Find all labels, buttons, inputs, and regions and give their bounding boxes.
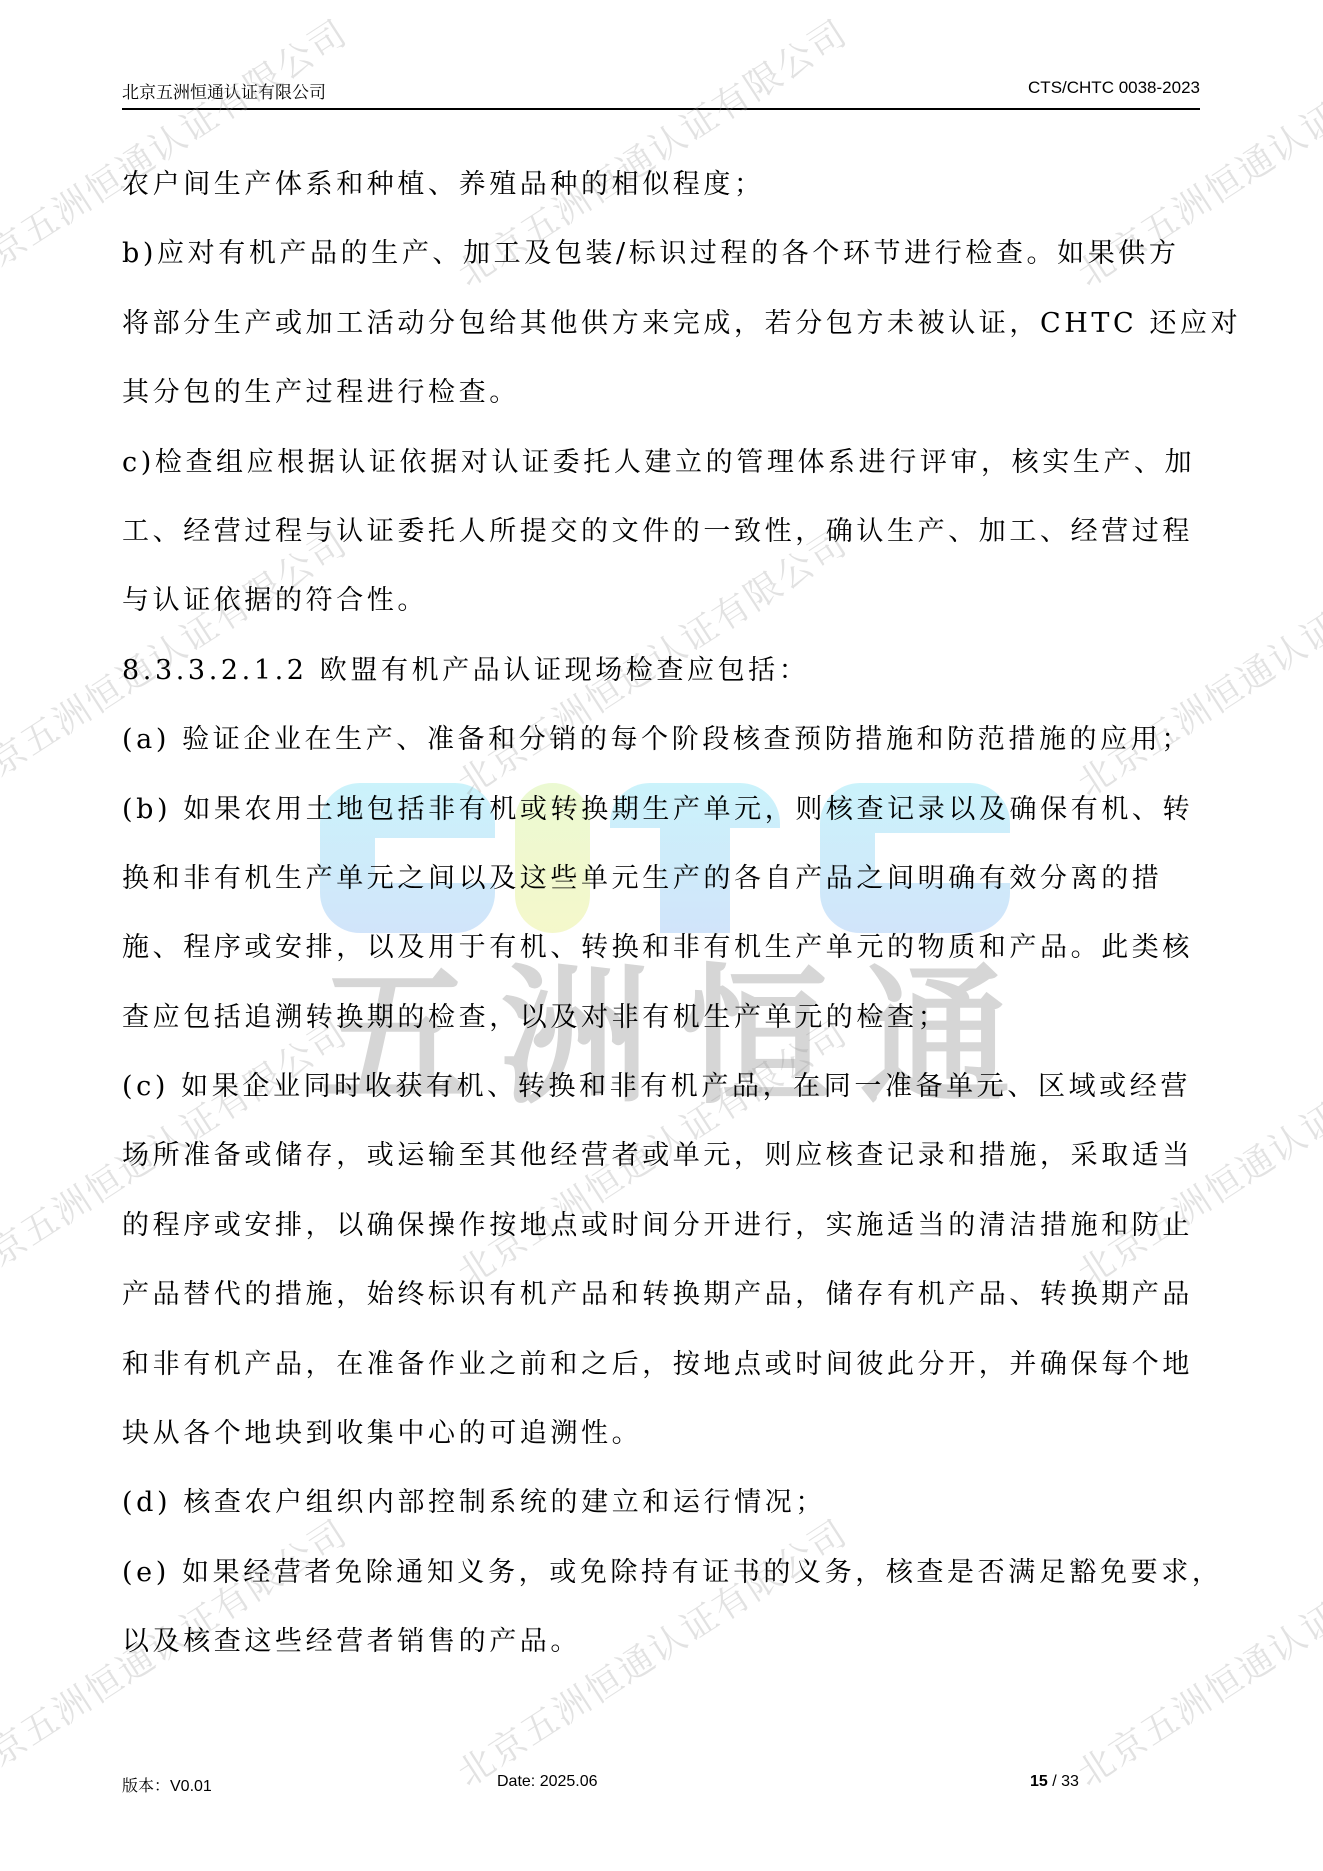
text-line: (e) 如果经营者免除通知义务，或免除持有证书的义务，核查是否满足豁免要求， [122, 1558, 1200, 1627]
text-line: 将部分生产或加工活动分包给其他供方来完成，若分包方未被认证，CHTC 还应对 [122, 309, 1200, 378]
section-heading: 8.3.3.2.1.2 欧盟有机产品认证现场检查应包括： [122, 656, 1200, 725]
text-line: 产品替代的措施，始终标识有机产品和转换期产品，储存有机产品、转换期产品 [122, 1280, 1200, 1349]
text-line: (c) 如果企业同时收获有机、转换和非有机产品，在同一准备单元、区域或经营 [122, 1072, 1200, 1141]
text-line: 施、程序或安排，以及用于有机、转换和非有机生产单元的物质和产品。此类核 [122, 933, 1200, 1002]
footer-version: 版本：V0.01 [122, 1773, 212, 1796]
text-line: 与认证依据的符合性。 [122, 586, 1200, 655]
text-line: 工、经营过程与认证委托人所提交的文件的一致性，确认生产、加工、经营过程 [122, 517, 1200, 586]
document-body: 农户间生产体系和种植、养殖品种的相似程度； b)应对有机产品的生产、加工及包装/… [122, 170, 1200, 1697]
text-line: 换和非有机生产单元之间以及这些单元生产的各自产品之间明确有效分离的措 [122, 864, 1200, 933]
total-pages: 33 [1061, 1773, 1079, 1790]
footer-date: Date: 2025.06 [497, 1773, 598, 1791]
text-line: 块从各个地块到收集中心的可追溯性。 [122, 1419, 1200, 1488]
page-separator: / [1048, 1773, 1061, 1790]
text-line: (a) 验证企业在生产、准备和分销的每个阶段核查预防措施和防范措施的应用； [122, 725, 1200, 794]
text-line: (d) 核查农户组织内部控制系统的建立和运行情况； [122, 1488, 1200, 1557]
current-page: 15 [1030, 1773, 1048, 1790]
text-line: 和非有机产品，在准备作业之前和之后，按地点或时间彼此分开，并确保每个地 [122, 1350, 1200, 1419]
text-line: b)应对有机产品的生产、加工及包装/标识过程的各个环节进行检查。如果供方 [122, 239, 1200, 308]
text-line: 的程序或安排，以确保操作按地点或时间分开进行，实施适当的清洁措施和防止 [122, 1211, 1200, 1280]
footer-page-number: 15 / 33 [1030, 1773, 1079, 1791]
text-line: 其分包的生产过程进行检查。 [122, 378, 1200, 447]
text-line: 农户间生产体系和种植、养殖品种的相似程度； [122, 170, 1200, 239]
text-line: 查应包括追溯转换期的检查，以及对非有机生产单元的检查； [122, 1003, 1200, 1072]
document-page: 北京五洲恒通认证有限公司 北京五洲恒通认证有限公司 北京五洲恒通认证有限公司 北… [0, 0, 1323, 1871]
text-line: c)检查组应根据认证依据对认证委托人建立的管理体系进行评审，核实生产、加 [122, 448, 1200, 517]
text-line: 以及核查这些经营者销售的产品。 [122, 1627, 1200, 1696]
text-line: (b) 如果农用土地包括非有机或转换期生产单元，则核查记录以及确保有机、转 [122, 795, 1200, 864]
text-line: 场所准备或储存，或运输至其他经营者或单元，则应核查记录和措施，采取适当 [122, 1141, 1200, 1210]
document-code: CTS/CHTC 0038-2023 [1028, 78, 1200, 98]
